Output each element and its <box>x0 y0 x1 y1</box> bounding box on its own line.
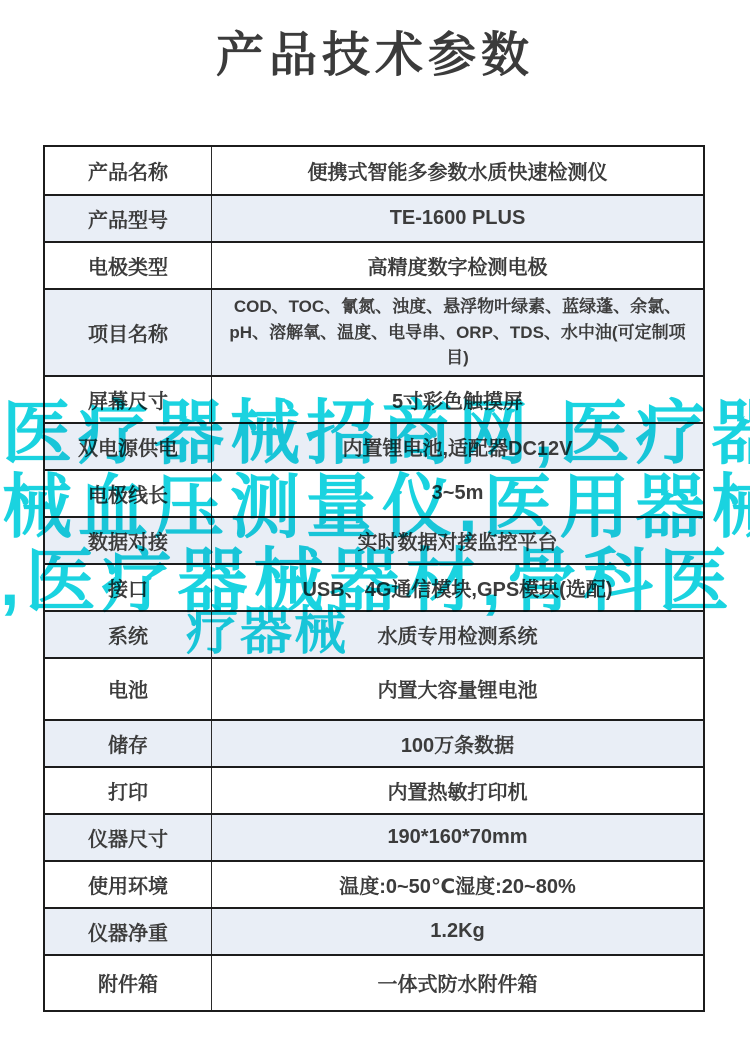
spec-value: TE-1600 PLUS <box>212 196 703 241</box>
table-row: 系统水质专用检测系统 <box>45 610 703 657</box>
spec-label: 电极类型 <box>45 243 212 288</box>
spec-value: 内置大容量锂电池 <box>212 659 703 719</box>
spec-label: 系统 <box>45 612 212 657</box>
spec-value: 190*160*70mm <box>212 815 703 860</box>
spec-value: 水质专用检测系统 <box>212 612 703 657</box>
spec-label: 储存 <box>45 721 212 766</box>
spec-value: 高精度数字检测电极 <box>212 243 703 288</box>
spec-value: 1.2Kg <box>212 909 703 954</box>
table-row: 项目名称COD、TOC、氰氮、浊度、悬浮物叶绿素、蓝绿蓬、余氯、pH、溶解氧、温… <box>45 288 703 375</box>
spec-value: 温度:0~50℃湿度:20~80% <box>212 862 703 907</box>
table-row: 电极类型高精度数字检测电极 <box>45 241 703 288</box>
spec-label: 仪器尺寸 <box>45 815 212 860</box>
table-row: 仪器尺寸190*160*70mm <box>45 813 703 860</box>
spec-label: 使用环境 <box>45 862 212 907</box>
spec-label: 电池 <box>45 659 212 719</box>
table-row: 打印内置热敏打印机 <box>45 766 703 813</box>
spec-label: 仪器净重 <box>45 909 212 954</box>
spec-label: 接口 <box>45 565 212 610</box>
spec-value: 5寸彩色触摸屏 <box>212 377 703 422</box>
table-row: 数据对接实时数据对接监控平台 <box>45 516 703 563</box>
table-row: 电极线长3~5m <box>45 469 703 516</box>
spec-label: 打印 <box>45 768 212 813</box>
spec-label: 附件箱 <box>45 956 212 1010</box>
spec-label: 产品名称 <box>45 147 212 194</box>
spec-label: 电极线长 <box>45 471 212 516</box>
spec-label: 数据对接 <box>45 518 212 563</box>
spec-value: 3~5m <box>212 471 703 516</box>
table-row: 接口USB、4G通信模块,GPS模块(选配) <box>45 563 703 610</box>
spec-value: 一体式防水附件箱 <box>212 956 703 1010</box>
spec-value: 内置热敏打印机 <box>212 768 703 813</box>
spec-value: COD、TOC、氰氮、浊度、悬浮物叶绿素、蓝绿蓬、余氯、pH、溶解氧、温度、电导… <box>212 290 703 375</box>
table-row: 产品名称便携式智能多参数水质快速检测仪 <box>45 147 703 194</box>
table-row: 储存100万条数据 <box>45 719 703 766</box>
table-row: 仪器净重1.2Kg <box>45 907 703 954</box>
page: 产品技术参数 产品名称便携式智能多参数水质快速检测仪产品型号TE-1600 PL… <box>0 0 750 1064</box>
table-row: 屏幕尺寸5寸彩色触摸屏 <box>45 375 703 422</box>
spec-label: 屏幕尺寸 <box>45 377 212 422</box>
table-row: 双电源供电内置锂电池,适配器DC12V <box>45 422 703 469</box>
table-row: 产品型号TE-1600 PLUS <box>45 194 703 241</box>
spec-label: 双电源供电 <box>45 424 212 469</box>
spec-label: 项目名称 <box>45 290 212 375</box>
table-row: 电池内置大容量锂电池 <box>45 657 703 719</box>
spec-value: 内置锂电池,适配器DC12V <box>212 424 703 469</box>
spec-value: 100万条数据 <box>212 721 703 766</box>
page-title: 产品技术参数 <box>0 16 750 85</box>
spec-value: 实时数据对接监控平台 <box>212 518 703 563</box>
table-row: 使用环境温度:0~50℃湿度:20~80% <box>45 860 703 907</box>
spec-value: 便携式智能多参数水质快速检测仪 <box>212 147 703 194</box>
spec-table: 产品名称便携式智能多参数水质快速检测仪产品型号TE-1600 PLUS电极类型高… <box>43 145 705 1012</box>
spec-label: 产品型号 <box>45 196 212 241</box>
spec-value: USB、4G通信模块,GPS模块(选配) <box>212 565 703 610</box>
table-row: 附件箱一体式防水附件箱 <box>45 954 703 1010</box>
